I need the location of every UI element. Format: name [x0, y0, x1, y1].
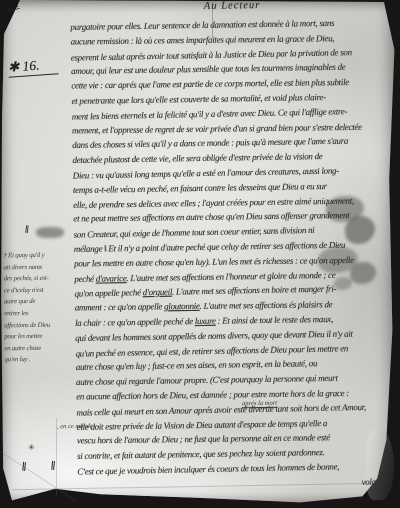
insertion-mark: ✳ — [28, 443, 35, 452]
line-segment: . L'autre met ses affections és plaisirs… — [200, 299, 333, 311]
margin-note-line: affections de Dieu — [4, 319, 66, 331]
margin-note-line: autre que de — [4, 296, 66, 308]
margin-note-line: ait divers noms — [4, 261, 66, 273]
margin-note-line: pour les mettre — [4, 331, 66, 343]
leaf-number: ✱ 16. — [7, 56, 58, 77]
margin-note: † Et quoy qu'il y ait divers noms des pe… — [3, 250, 66, 367]
margin-note-line: des pechéz, si est- — [4, 273, 66, 285]
underlined-word: luxure — [195, 316, 216, 326]
line-segment: . L'autre met ses affections en boire et… — [172, 284, 336, 297]
manuscript-scan: ⫽ ✱ 16. † Et quoy qu'il y ait divers nom… — [0, 0, 400, 508]
margin-note-line: † Et quoy qu'il y — [3, 250, 65, 262]
ink-smudge — [36, 227, 64, 238]
line-segment: la chair : ce qu'on appelle peché de — [75, 316, 195, 328]
underlined-word: gloutonnie — [164, 301, 200, 311]
line-segment: . L'autre met ses affections en l'honneu… — [126, 269, 335, 282]
handwritten-text: Au Lecteur purgatoire pour elles. Leur s… — [70, 0, 400, 493]
margin-note-line: ce d'iceluy n'est — [4, 284, 66, 296]
margin-note-line: qu'en luy . — [4, 354, 66, 366]
margin-note-line: en autre chose — [4, 342, 66, 354]
margin-note-line: retirer les — [4, 308, 66, 320]
underlined-word: d'orgueil — [143, 287, 173, 298]
line-segment: peché — [74, 273, 96, 283]
line-segment: amment : ce qu'on appelle — [75, 301, 164, 312]
line-segment: qu'on appelle peché — [74, 288, 142, 299]
underlined-word: d'avarice — [96, 273, 127, 283]
line-segment: : Et ainsi de tout le reste des maux, — [216, 314, 333, 326]
